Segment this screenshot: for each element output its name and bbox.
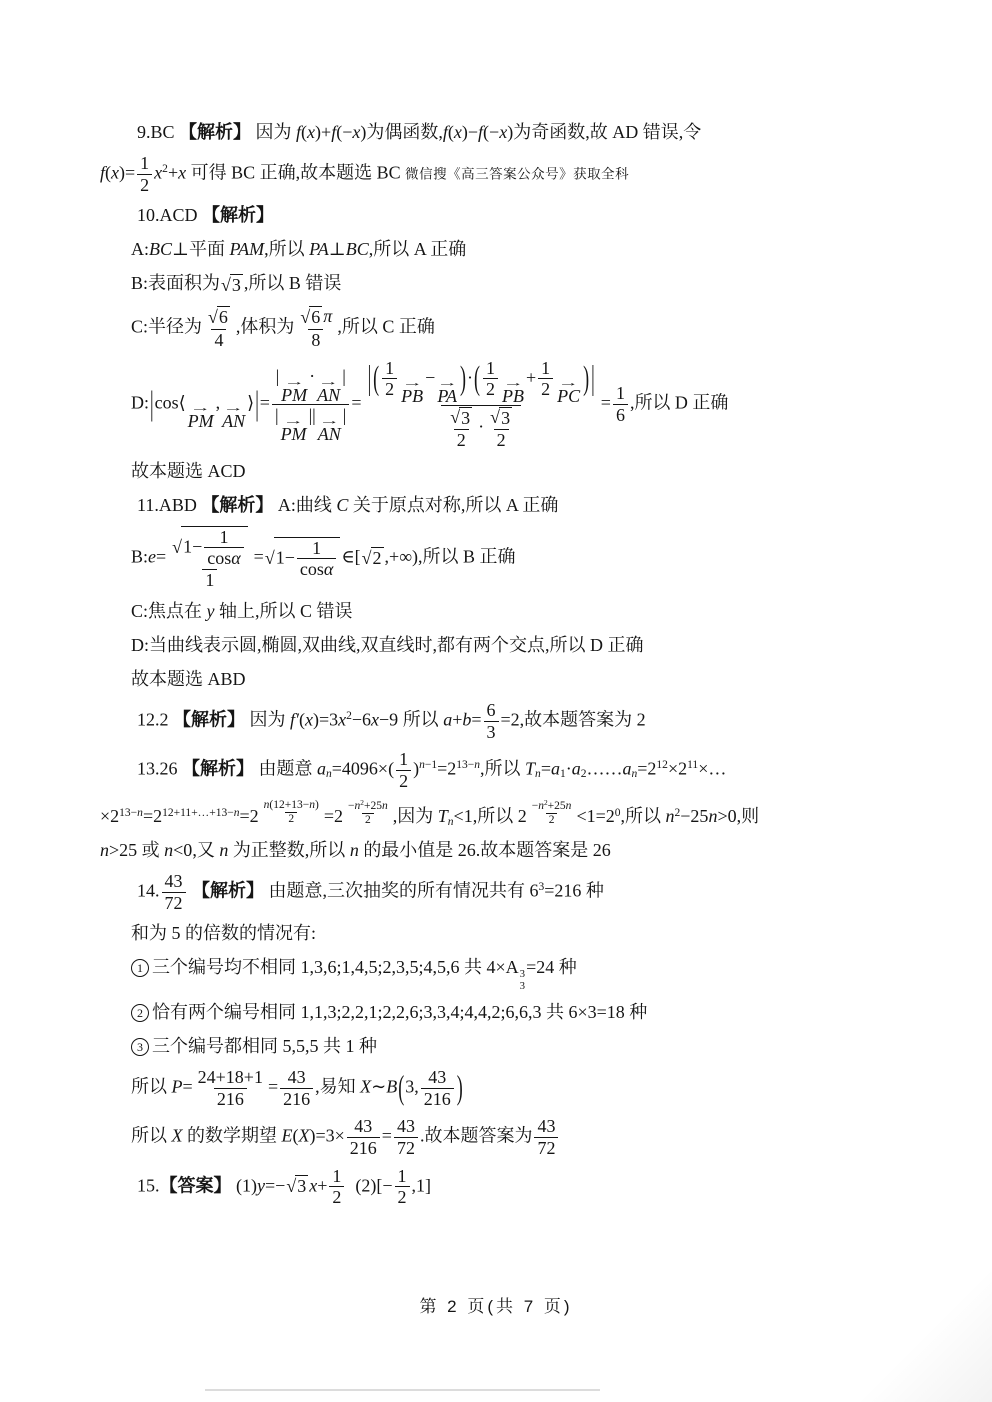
fraction: 24+18+1216 — [195, 1067, 266, 1109]
document-line: B:表面积为√3,所以 B 错误 — [131, 270, 912, 298]
sqrt: √1−1cosα — [265, 537, 341, 580]
watermark-text: 微信搜《高三答案公众号》获取全科 — [405, 166, 629, 181]
overarrow-icon: → — [558, 380, 579, 387]
fraction: 43216 — [421, 1067, 454, 1109]
fraction: 12 — [382, 358, 397, 400]
scan-corner-shade — [762, 1272, 992, 1402]
sqrt: √6 — [300, 306, 322, 329]
overarrow-icon: → — [318, 379, 339, 386]
document-line: 所以 P=24+18+1216=43216,易知 X∼B(3,43216) — [131, 1067, 912, 1109]
document-line: 12.2 【解析】 因为 f′(x)=3x2−6x−9 所以 a+b=63=2,… — [137, 700, 912, 742]
fraction: 12 — [395, 1166, 410, 1208]
overarrow-icon: → — [437, 380, 458, 387]
fraction: 12 — [396, 749, 411, 791]
circled-number: 2 — [131, 1004, 149, 1022]
fraction: 63 — [484, 700, 499, 742]
vector: →PM — [281, 379, 307, 404]
emphasis-label: 【解析】 — [192, 880, 264, 900]
sqrt: √3 — [490, 407, 512, 430]
document-content: 9.BC 【解析】 因为 f(x)+f(−x)为偶函数,f(x)−f(−x)为奇… — [100, 112, 912, 1215]
document-line: 3三个编号都相同 5,5,5 共 1 种 — [131, 1033, 912, 1060]
fraction: 43216 — [280, 1067, 313, 1109]
fraction: |(12→PB−→PA)·(12→PB+12→PC)|√32·√32 — [364, 358, 599, 451]
overarrow-icon: → — [503, 380, 524, 387]
overarrow-icon: → — [223, 405, 244, 412]
sqrt: √1−1cosα — [172, 526, 248, 569]
sqrt: √3 — [221, 272, 243, 299]
stacked-scripts: 33 — [520, 969, 525, 992]
vector: →PB — [502, 380, 524, 405]
document-line: ×213−n=212+11+…+13−n=2n(12+13−n)2=2−n2+2… — [100, 799, 912, 830]
sqrt: √6 — [208, 306, 230, 329]
fraction: n(12+13−n)2 — [261, 799, 322, 826]
fraction: 4372 — [534, 1116, 558, 1158]
vector: →AN — [317, 379, 340, 404]
emphasis-label: 【解析】 — [202, 205, 274, 225]
fraction: 12 — [329, 1166, 344, 1208]
fraction: 16 — [613, 383, 628, 425]
sqrt: √3 — [450, 407, 472, 430]
sqrt: √2 — [362, 545, 384, 572]
circled-number: 3 — [131, 1038, 149, 1056]
fraction: 12 — [483, 358, 498, 400]
vector: →PM — [188, 405, 214, 430]
overarrow-icon: → — [190, 405, 211, 412]
vector: →PB — [401, 380, 423, 405]
fraction: √32 — [446, 406, 476, 451]
vector: →PC — [557, 380, 580, 405]
fraction: 43216 — [347, 1116, 380, 1158]
document-line: 11.ABD 【解析】 A:曲线 C 关于原点对称,所以 A 正确 — [137, 492, 912, 519]
scan-artifact-line — [205, 1389, 600, 1391]
fraction: −n2+25n2 — [345, 799, 391, 828]
fraction: √6π8 — [296, 306, 335, 351]
document-line: 故本题选 ABD — [131, 666, 912, 693]
fraction: 4372 — [162, 871, 186, 913]
document-line: 1三个编号均不相同 1,3,6;1,4,5;2,3,5;4,5,6 共 4×A3… — [131, 954, 912, 992]
fraction: 12 — [538, 358, 553, 400]
document-line: D:|cos⟨→PM,→AN⟩|=|→PM·→AN||→PM||→AN|=|(1… — [131, 358, 912, 451]
document-line: 10.ACD 【解析】 — [137, 202, 912, 229]
emphasis-label: 【答案】 — [160, 1175, 232, 1195]
fraction: −n2+25n2 — [529, 799, 575, 828]
fraction: √32 — [486, 406, 516, 451]
emphasis-label: 【解析】 — [179, 122, 251, 142]
fraction: √64 — [204, 306, 234, 351]
page: 9.BC 【解析】 因为 f(x)+f(−x)为偶函数,f(x)−f(−x)为奇… — [0, 0, 992, 1402]
overarrow-icon: → — [402, 380, 423, 387]
sqrt: √3 — [286, 1173, 308, 1200]
overarrow-icon: → — [319, 418, 340, 425]
document-line: 2恰有两个编号相同 1,1,3;2,2,1;2,2,6;3,3,4;4,4,2;… — [131, 999, 912, 1026]
fraction: |→PM·→AN||→PM||→AN| — [272, 366, 349, 443]
document-line: 所以 X 的数学期望 E(X)=3×43216=4372.故本题答案为4372 — [131, 1116, 912, 1158]
document-line: f(x)=12x2+x 可得 BC 正确,故本题选 BC 微信搜《高三答案公众号… — [100, 153, 912, 195]
emphasis-label: 【解析】 — [201, 495, 273, 515]
document-line: C:焦点在 y 轴上,所以 C 错误 — [131, 598, 912, 625]
document-line: n>25 或 n<0,又 n 为正整数,所以 n 的最小值是 26.故本题答案是… — [100, 837, 912, 864]
vector: →PM — [281, 418, 307, 443]
document-line: A:BC⊥平面 PAM,所以 PA⊥BC,所以 A 正确 — [131, 236, 912, 263]
fraction: 1cosα — [204, 527, 243, 569]
fraction: 12 — [137, 153, 152, 195]
document-line: 9.BC 【解析】 因为 f(x)+f(−x)为偶函数,f(x)−f(−x)为奇… — [137, 119, 912, 146]
vector: →AN — [318, 418, 341, 443]
emphasis-label: 【解析】 — [182, 759, 254, 779]
vector: →PA — [437, 380, 457, 405]
overarrow-icon: → — [284, 379, 305, 386]
document-line: B:e=√1−1cosα1=√1−1cosα∈[√2,+∞),所以 B 正确 — [131, 526, 912, 591]
document-line: 13.26 【解析】 由题意 an=4096×(12)n−1=213−n,所以 … — [137, 749, 912, 791]
document-line: 故本题选 ACD — [131, 458, 912, 485]
document-line: 和为 5 的倍数的情况有: — [131, 920, 912, 947]
overarrow-icon: → — [283, 418, 304, 425]
emphasis-label: 【解析】 — [173, 709, 245, 729]
document-line: D:当曲线表示圆,椭圆,双曲线,双直线时,都有两个交点,所以 D 正确 — [131, 632, 912, 659]
document-line: 15.【答案】 (1)y=−√3x+12 (2)[−12,1] — [137, 1166, 912, 1208]
fraction: 4372 — [394, 1116, 418, 1158]
fraction: 1cosα — [297, 538, 336, 580]
fraction: √1−1cosα1 — [168, 526, 252, 591]
vector: →AN — [222, 405, 245, 430]
document-line: 14.4372 【解析】 由题意,三次抽奖的所有情况共有 63=216 种 — [137, 871, 912, 913]
circled-number: 1 — [131, 959, 149, 977]
document-line: C:半径为√64,体积为√6π8,所以 C 正确 — [131, 306, 912, 351]
